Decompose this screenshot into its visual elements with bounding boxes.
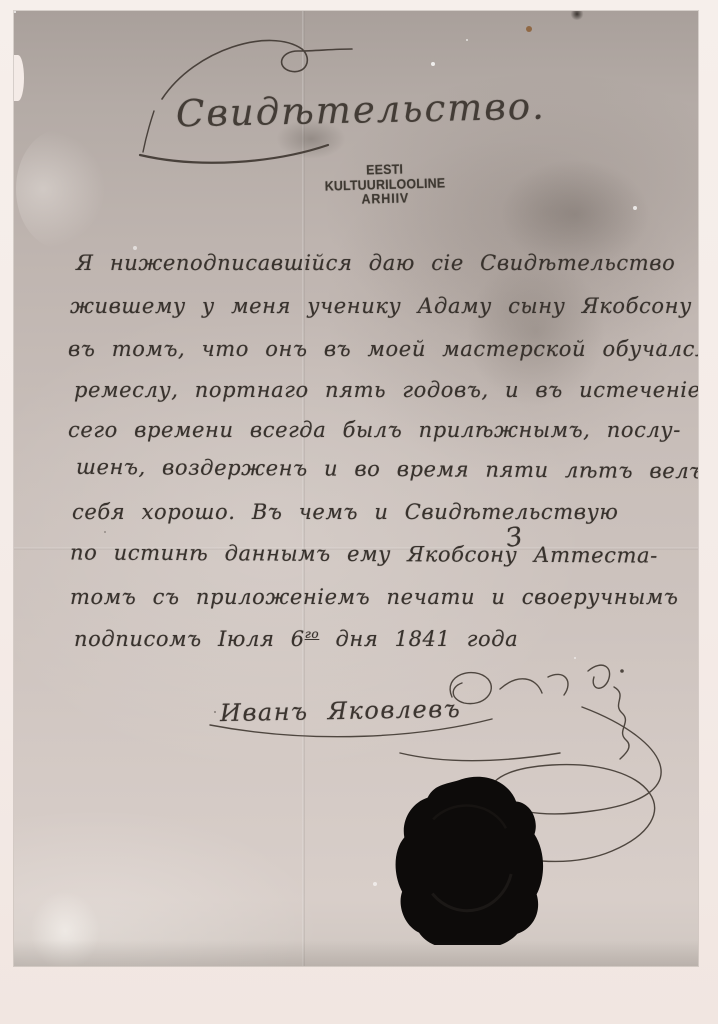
handwritten-line-7: себя хорошо. Въ чемъ и Свидѣтельствую xyxy=(72,500,619,524)
dust-specks xyxy=(14,11,16,13)
signature-flourish-icon xyxy=(150,645,698,915)
page-title: Свидѣтельство. xyxy=(176,86,497,136)
rust-spot xyxy=(526,26,532,32)
handwritten-line-4: ремеслу, портнаго пять годовъ, и въ исте… xyxy=(74,378,698,402)
signature-name: Иванъ Яковлевъ xyxy=(220,695,462,727)
handwritten-line-1: Я нижеподписавшійся даю сіе Свидѣтельств… xyxy=(76,251,675,275)
handwritten-line-9: томъ съ приложеніемъ печати и своеручным… xyxy=(70,585,678,609)
dark-spot xyxy=(570,11,584,20)
handwritten-line-3: въ томъ, что онъ въ моей мастерской обуч… xyxy=(68,337,698,361)
photo-bottom-shadow xyxy=(14,940,698,966)
handwritten-date-line: подписомъ Іюля 6го дня 1841 года xyxy=(74,627,518,651)
handwritten-line-2: жившему у меня ученику Адаму сыну Якобсо… xyxy=(70,294,692,318)
document-photo: Свидѣтельство. EESTI KULTUURILOOLINE ARH… xyxy=(14,11,698,966)
date-text: подписомъ Іюля 6 xyxy=(74,627,305,651)
handwritten-line-8: по истинѣ даннымъ ему Якобсону Аттеста- xyxy=(70,540,658,567)
wax-seal-icon xyxy=(392,773,544,945)
archive-stamp: EESTI KULTUURILOOLINE ARHIIV xyxy=(315,161,454,208)
archive-photograph: Свидѣтельство. EESTI KULTUURILOOLINE ARH… xyxy=(0,0,718,1024)
handwritten-line-5: сего времени всегда былъ прилѣжнымъ, пос… xyxy=(68,418,681,442)
paper-edge-notch xyxy=(14,55,24,101)
inserted-correction-mark: З xyxy=(504,522,524,554)
handwritten-line-6: шенъ, воздерженъ и во время пяти лѣтъ ве… xyxy=(76,455,698,483)
paper-smudge xyxy=(16,129,106,249)
date-text-rest: дня 1841 года xyxy=(319,627,518,651)
stamp-line-1: EESTI KULTUURILOOLINE xyxy=(315,161,454,194)
date-superscript: го xyxy=(305,627,320,641)
